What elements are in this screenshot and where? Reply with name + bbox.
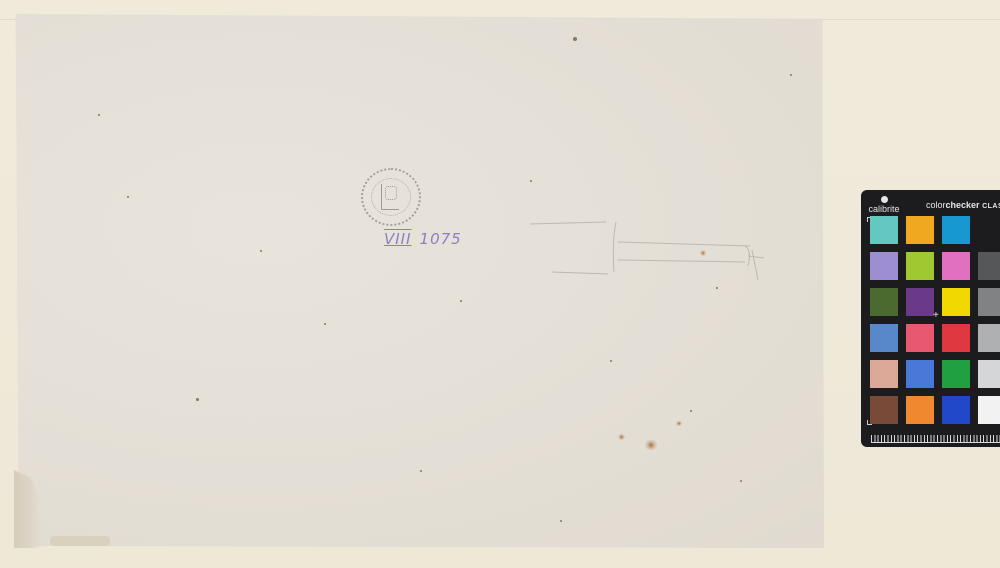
color-patch [870, 396, 898, 424]
ink-speck [420, 470, 422, 472]
stamp-emblem-icon [381, 184, 399, 210]
color-patch [906, 252, 934, 280]
color-patch [870, 216, 898, 244]
ink-speck [740, 480, 742, 482]
color-patch [906, 360, 934, 388]
color-patch [978, 324, 1000, 352]
color-patch [906, 396, 934, 424]
inventory-mark: VIII 1075 [384, 230, 462, 248]
title-suffix: CLASSIC [982, 203, 1000, 210]
ink-speck [196, 398, 199, 401]
color-patch [942, 288, 970, 316]
color-patch [870, 252, 898, 280]
color-patch [942, 216, 970, 244]
ink-speck [790, 74, 792, 76]
ink-speck [530, 180, 532, 182]
title-light: color [926, 200, 946, 210]
crosshair-icon: + [933, 311, 939, 321]
inventory-roman: VIII [384, 230, 412, 248]
sketch-lines [520, 210, 780, 290]
foxing-spot [618, 434, 625, 440]
color-patch [906, 288, 934, 316]
calibrite-logo-icon [881, 196, 888, 203]
ink-speck [460, 300, 462, 302]
ink-speck [690, 410, 692, 412]
checker-title: colorchecker CLASSIC [926, 200, 1000, 210]
foxing-spot [645, 440, 657, 450]
ink-speck [127, 196, 129, 198]
ink-speck [560, 520, 562, 522]
color-patch [978, 288, 1000, 316]
color-patch [942, 324, 970, 352]
foxing-spot [676, 421, 682, 426]
color-checker-card: calibrite colorchecker CLASSIC + cm [861, 190, 1000, 447]
collection-stamp [361, 168, 421, 226]
inventory-number: 1075 [420, 230, 462, 248]
color-patch [942, 252, 970, 280]
color-patch [978, 216, 1000, 244]
paper-stain [50, 536, 110, 546]
ink-speck [324, 323, 326, 325]
color-patch [906, 324, 934, 352]
ink-speck [573, 37, 577, 41]
color-patch [870, 324, 898, 352]
ink-speck [610, 360, 612, 362]
ruler-scale [871, 435, 1000, 443]
title-bold: checker [946, 200, 980, 210]
color-patch [978, 252, 1000, 280]
pencil-sketch [520, 210, 780, 290]
color-patch [942, 360, 970, 388]
ink-speck [260, 250, 262, 252]
color-patch [870, 288, 898, 316]
calibrite-logo: calibrite [868, 196, 900, 216]
brand-label: calibrite [868, 204, 899, 214]
color-patch [906, 216, 934, 244]
ink-speck [98, 114, 100, 116]
color-patch [978, 396, 1000, 424]
color-patch [942, 396, 970, 424]
color-patch [978, 360, 1000, 388]
color-patch [870, 360, 898, 388]
